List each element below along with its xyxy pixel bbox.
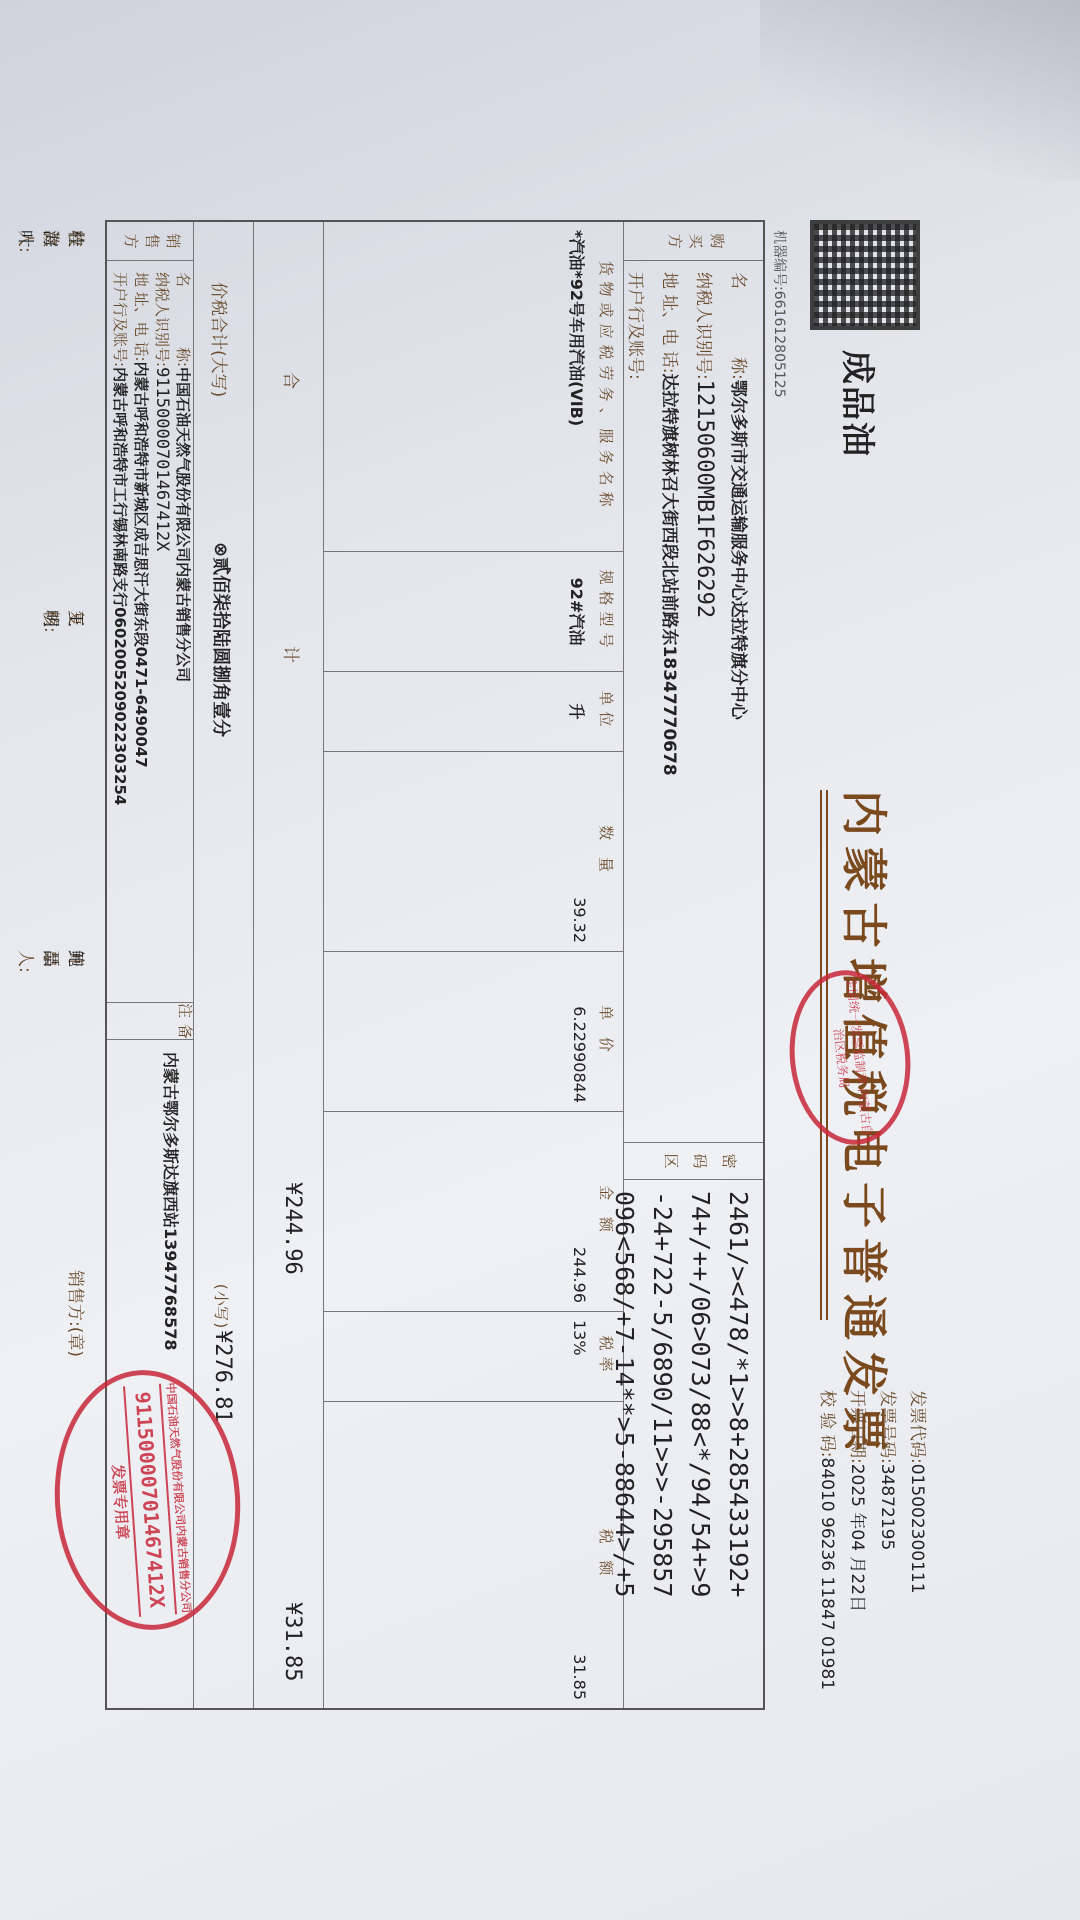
cipher-text: 2461/><478/*1>>8+285433192+74+/++/06>073… (605, 1191, 757, 1597)
category-tag: 成品油 (836, 350, 885, 458)
col-tax-rate: 税率 13% (324, 1312, 623, 1402)
cipher-line: 2461/><478/*1>>8+285433192+ (719, 1191, 757, 1597)
invoice-meta: 发票代码:015002300111 发票号码:34872195 开票日期:202… (812, 1390, 932, 1690)
invoice-code: 015002300111 (907, 1464, 927, 1594)
items-section: 货物或应税劳务、服务名称 *汽油*92号车用汽油(VIB) 规格型号 92#汽油… (323, 222, 623, 1708)
total-figure: (小写)¥276.81 (210, 1282, 235, 1423)
remarks-label: 备注 (107, 1002, 193, 1040)
cipher-line: -24+722-5/6890/11>>>-295857 (643, 1191, 681, 1597)
buyer-address-label: 地 址、电 话: (652, 272, 686, 374)
seller-tax-id-label: 纳税人识别号: (151, 272, 172, 367)
photo-shadow (760, 0, 1080, 180)
buyer-label: 购买方 (624, 222, 763, 261)
seller-address: 内蒙古呼和浩特市新城区成吉思汗大街东段0471-6490047 (132, 362, 150, 768)
invoice-number: 34872195 (877, 1464, 897, 1551)
seller-details: 名 称:中国石油天然气股份有限公司内蒙古销售分公司 纳税人识别号:9115000… (109, 272, 193, 805)
header-tax-rate: 税率 (596, 1312, 617, 1401)
cipher-label: 密码区 (624, 1143, 763, 1180)
buyer-tax-id: 12150600MB1F626292 (692, 380, 717, 618)
total-amount: ¥244.96 (280, 1182, 305, 1275)
remarks-value: 内蒙古鄂尔多斯达旗西站13947768578 (160, 1052, 183, 1350)
invoice-number-label: 发票号码: (877, 1390, 897, 1464)
machine-number: 机器编号:661612805125 (770, 230, 790, 398)
total-figure-label: (小写) (212, 1282, 230, 1330)
item-unit: 升 (566, 672, 589, 751)
item-quantity: 39.32 (570, 752, 589, 951)
seller-bank: 内蒙古呼和浩特市工行锡林南路支行0602005209022303254 (111, 367, 129, 805)
cipher-line: 74+/++/06>073/88<*/94/54+>9 (681, 1191, 719, 1597)
invoice-date: 2025 年04 月22日 (847, 1464, 867, 1612)
header-item-name: 货物或应税劳务、服务名称 (596, 222, 617, 551)
reviewer-name: 王明 (40, 610, 90, 627)
header-unit: 单位 (596, 672, 617, 751)
buyer-tax-id-label: 纳税人识别号: (686, 272, 720, 380)
item-amount: 244.96 (570, 1112, 589, 1311)
check-code: 84010 96236 11847 01981 (817, 1458, 837, 1691)
invoice-code-label: 发票代码: (907, 1390, 927, 1464)
col-unit: 单位 升 (324, 672, 623, 752)
seller-label: 销售方 (107, 222, 193, 261)
seller-name-label: 名 称: (172, 272, 193, 367)
qr-code-icon (810, 220, 920, 330)
item-tax: 31.85 (570, 1402, 589, 1708)
col-tax: 税 额 31.85 (324, 1402, 623, 1708)
total-words: ⊗贰佰柒拾陆圆捌角壹分 (209, 542, 235, 737)
col-amount: 金 额 244.96 (324, 1112, 623, 1312)
buyer-details: 名 称:鄂尔多斯市交通运输服务中心达拉特旗分中心 纳税人识别号:12150600… (618, 272, 755, 776)
col-unit-price: 单 价 6.22990844 (324, 952, 623, 1112)
items-columns: 货物或应税劳务、服务名称 *汽油*92号车用汽油(VIB) 规格型号 92#汽油… (324, 222, 623, 1708)
machine-number-value: 661612805125 (771, 291, 787, 398)
seller-address-label: 地 址、电 话: (130, 272, 151, 362)
item-tax-rate: 13% (570, 1312, 589, 1401)
col-spec: 规格型号 92#汽油 (324, 552, 623, 672)
total-words-label: 价税合计(大写) (208, 282, 233, 397)
item-spec: 92#汽油 (566, 552, 589, 671)
col-quantity: 数 量 39.32 (324, 752, 623, 952)
seller-seal-label: 销售方:(章) (65, 1270, 90, 1357)
header-quantity: 数 量 (596, 752, 617, 951)
col-item-name: 货物或应税劳务、服务名称 *汽油*92号车用汽油(VIB) (324, 222, 623, 552)
issuer-name: 鲍晶 (40, 950, 90, 967)
buyer-name: 鄂尔多斯市交通运输服务中心达拉特旗分中心 (728, 380, 748, 720)
buyer-name-label: 名 称: (721, 272, 755, 380)
seller-name: 中国石油天然气股份有限公司内蒙古销售分公司 (174, 367, 192, 682)
invoice-header: 成品油 内蒙古增值税电子普通发票 发票代码:015002300111 发票号码:… (790, 190, 940, 1750)
seller-bank-label: 开户行及账号: (109, 272, 130, 367)
total-figure-value: ¥276.81 (210, 1330, 235, 1423)
buyer-address: 达拉特旗树林召大街西段北站前路东18347770678 (659, 374, 679, 776)
vat-invoice: 成品油 内蒙古增值税电子普通发票 发票代码:015002300111 发票号码:… (40, 190, 940, 1750)
invoice-date-label: 开票日期: (847, 1390, 867, 1464)
seller-tax-id: 91150000701467412X (152, 367, 172, 551)
header-amount: 金 额 (596, 1112, 617, 1311)
check-code-label: 校 验 码: (817, 1390, 837, 1458)
machine-number-label: 机器编号: (771, 230, 787, 291)
payee-name: 桂海叶 (15, 230, 90, 247)
buyer-bank-label: 开户行及账号: (618, 272, 652, 380)
header-unit-price: 单 价 (596, 952, 617, 1111)
header-spec: 规格型号 (596, 552, 617, 671)
total-tax: ¥31.85 (280, 1602, 305, 1681)
total-row: 合 计 ¥244.96 ¥31.85 (253, 222, 323, 1708)
item-unit-price: 6.22990844 (570, 952, 589, 1111)
buyer-section: 购买方 名 称:鄂尔多斯市交通运输服务中心达拉特旗分中心 纳税人识别号:1215… (623, 222, 763, 1708)
total-label: 合 计 (280, 372, 305, 783)
tax-bureau-stamp-text: 全国统一发票监制章 内蒙古自治区税务局 (823, 974, 876, 1142)
header-tax: 税 额 (596, 1402, 617, 1708)
cipher-area: 密码区 2461/><478/*1>>8+285433192+74+/++/06… (624, 1142, 763, 1711)
item-name: *汽油*92号车用汽油(VIB) (566, 222, 589, 551)
